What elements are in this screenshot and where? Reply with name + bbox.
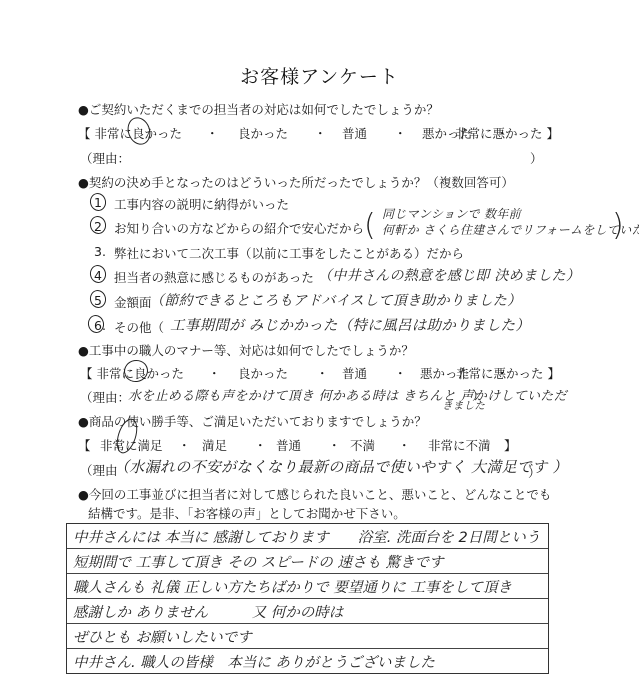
q2-question: ●契約の決め手となったのはどういった所だったでしょうか？（複数回答可） bbox=[78, 173, 514, 191]
q2-item-1-label[interactable]: 工事内容の説明に納得がいった bbox=[114, 195, 289, 213]
separator: ・ bbox=[206, 124, 219, 142]
q1-question: ●ご契約いただくまでの担当者の対応は如何でしたでしょうか？ bbox=[78, 100, 439, 118]
q2-item-6-note: 工事期間が みじかかった（特に風呂は助かりました） bbox=[170, 314, 530, 335]
separator: ・ bbox=[394, 364, 407, 382]
page-title: お客様アンケート bbox=[0, 62, 639, 89]
bracket-close: 】 bbox=[504, 436, 517, 454]
q3-option-normal[interactable]: 普通 bbox=[342, 364, 367, 382]
q2-item-4-label[interactable]: 担当者の熱意に感じるものがあった bbox=[114, 268, 314, 286]
q5-question-line2: 結構です。是非、「お客様の声」としてお聞かせ下さい。 bbox=[88, 504, 406, 522]
q3-option-good[interactable]: 良かった bbox=[238, 364, 288, 382]
bracket-open: 【 bbox=[78, 436, 91, 454]
q2-item-3-num: 3. bbox=[94, 244, 106, 259]
voice-line: 短期間で 工事して頂き その スピードの 速さも 驚きです bbox=[67, 549, 548, 574]
separator: ・ bbox=[254, 436, 267, 454]
separator: ・ bbox=[178, 436, 191, 454]
separator: ・ bbox=[328, 436, 341, 454]
separator: ・ bbox=[394, 124, 407, 142]
q2-item-5-label[interactable]: 金額面 bbox=[114, 293, 152, 311]
q2-item-2-num: 2 bbox=[94, 219, 102, 234]
voice-line: 感謝しか ありません 又 何かの時は bbox=[67, 599, 548, 624]
q5-question-line1: ●今回の工事並びに担当者に対して感じられた良いこと、悪いこと、どんなことでも bbox=[78, 485, 551, 503]
voice-line: 職人さんも 礼儀 正しい方たちばかりで 要望通りに 工事をして頂き bbox=[67, 574, 548, 599]
q3-option-very-bad[interactable]: 非常に悪かった 】 bbox=[456, 364, 560, 382]
q2-item-2-label[interactable]: お知り合いの方などからの紹介で安心だから bbox=[114, 219, 364, 237]
q4-reason-close: ） bbox=[528, 463, 541, 481]
q1-option-very-bad[interactable]: 非常に悪かった 】 bbox=[455, 124, 559, 142]
q4-option-normal[interactable]: 普通 bbox=[276, 436, 301, 454]
customer-voice-box[interactable]: 中井さんには 本当に 感謝しております 浴室. 洗面台を 2日間という 短期間で… bbox=[66, 523, 549, 674]
selection-circle-mark bbox=[124, 114, 154, 148]
q1-option-good[interactable]: 良かった bbox=[238, 124, 288, 142]
q3-question: ●工事中の職人のマナー等、対応は如何でしたでしょうか？ bbox=[78, 341, 414, 359]
q2-item-2-note-line2: 何軒か さくら住建さんでリフォームをしていた bbox=[382, 221, 639, 238]
q2-item-1-num: 1 bbox=[94, 195, 102, 210]
separator: ・ bbox=[314, 124, 327, 142]
q4-reason-value[interactable]: （水漏れの不安がなくなり最新の商品で使いやすく 大満足です ） bbox=[114, 456, 568, 477]
q2-item-5-num: 5 bbox=[94, 293, 102, 308]
q4-option-unsatisfied[interactable]: 不満 bbox=[350, 436, 375, 454]
q2-item-6-num: 6. bbox=[94, 318, 106, 333]
voice-line: ぜひとも お願いしたいです bbox=[67, 624, 548, 649]
paren-open: ( bbox=[364, 208, 376, 243]
q4-reason-label: （理由 bbox=[80, 461, 118, 479]
q1-reason-close: ） bbox=[530, 149, 543, 167]
separator: ・ bbox=[398, 436, 411, 454]
q2-item-4-note: （中井さんの熱意を感じ即 決めました） bbox=[318, 265, 580, 285]
separator: ・ bbox=[316, 364, 329, 382]
paren-close: ) bbox=[612, 208, 624, 243]
q4-option-satisfied[interactable]: 満足 bbox=[202, 436, 227, 454]
q1-option-normal[interactable]: 普通 bbox=[342, 124, 367, 142]
q4-option-very-unsatisfied[interactable]: 非常に不満 bbox=[428, 436, 491, 454]
q3-reason-value[interactable]: 水を止める際も声をかけて頂き 何かある時は きちんと 声かけしていただ bbox=[128, 385, 567, 404]
voice-line: 中井さんには 本当に 感謝しております 浴室. 洗面台を 2日間という bbox=[67, 524, 548, 549]
q2-item-4-num: 4 bbox=[94, 268, 102, 283]
q2-item-6-label[interactable]: その他（ bbox=[114, 318, 164, 336]
q1-reason-label: （理由： bbox=[80, 149, 130, 167]
q2-item-5-note: （節約できるところもアドバイスして頂き助かりました） bbox=[150, 290, 521, 310]
q2-item-2-note-line1: 同じマンションで 数年前 bbox=[382, 205, 521, 222]
separator: ・ bbox=[208, 364, 221, 382]
q3-reason-label: （理由： bbox=[80, 388, 130, 406]
voice-line: 中井さん. 職人の皆様 本当に ありがとうございました bbox=[67, 649, 548, 673]
q3-reason-close: ） bbox=[472, 386, 485, 404]
q2-item-3-label[interactable]: 弊社において二次工事（以前に工事をしたことがある）だから bbox=[114, 244, 464, 262]
